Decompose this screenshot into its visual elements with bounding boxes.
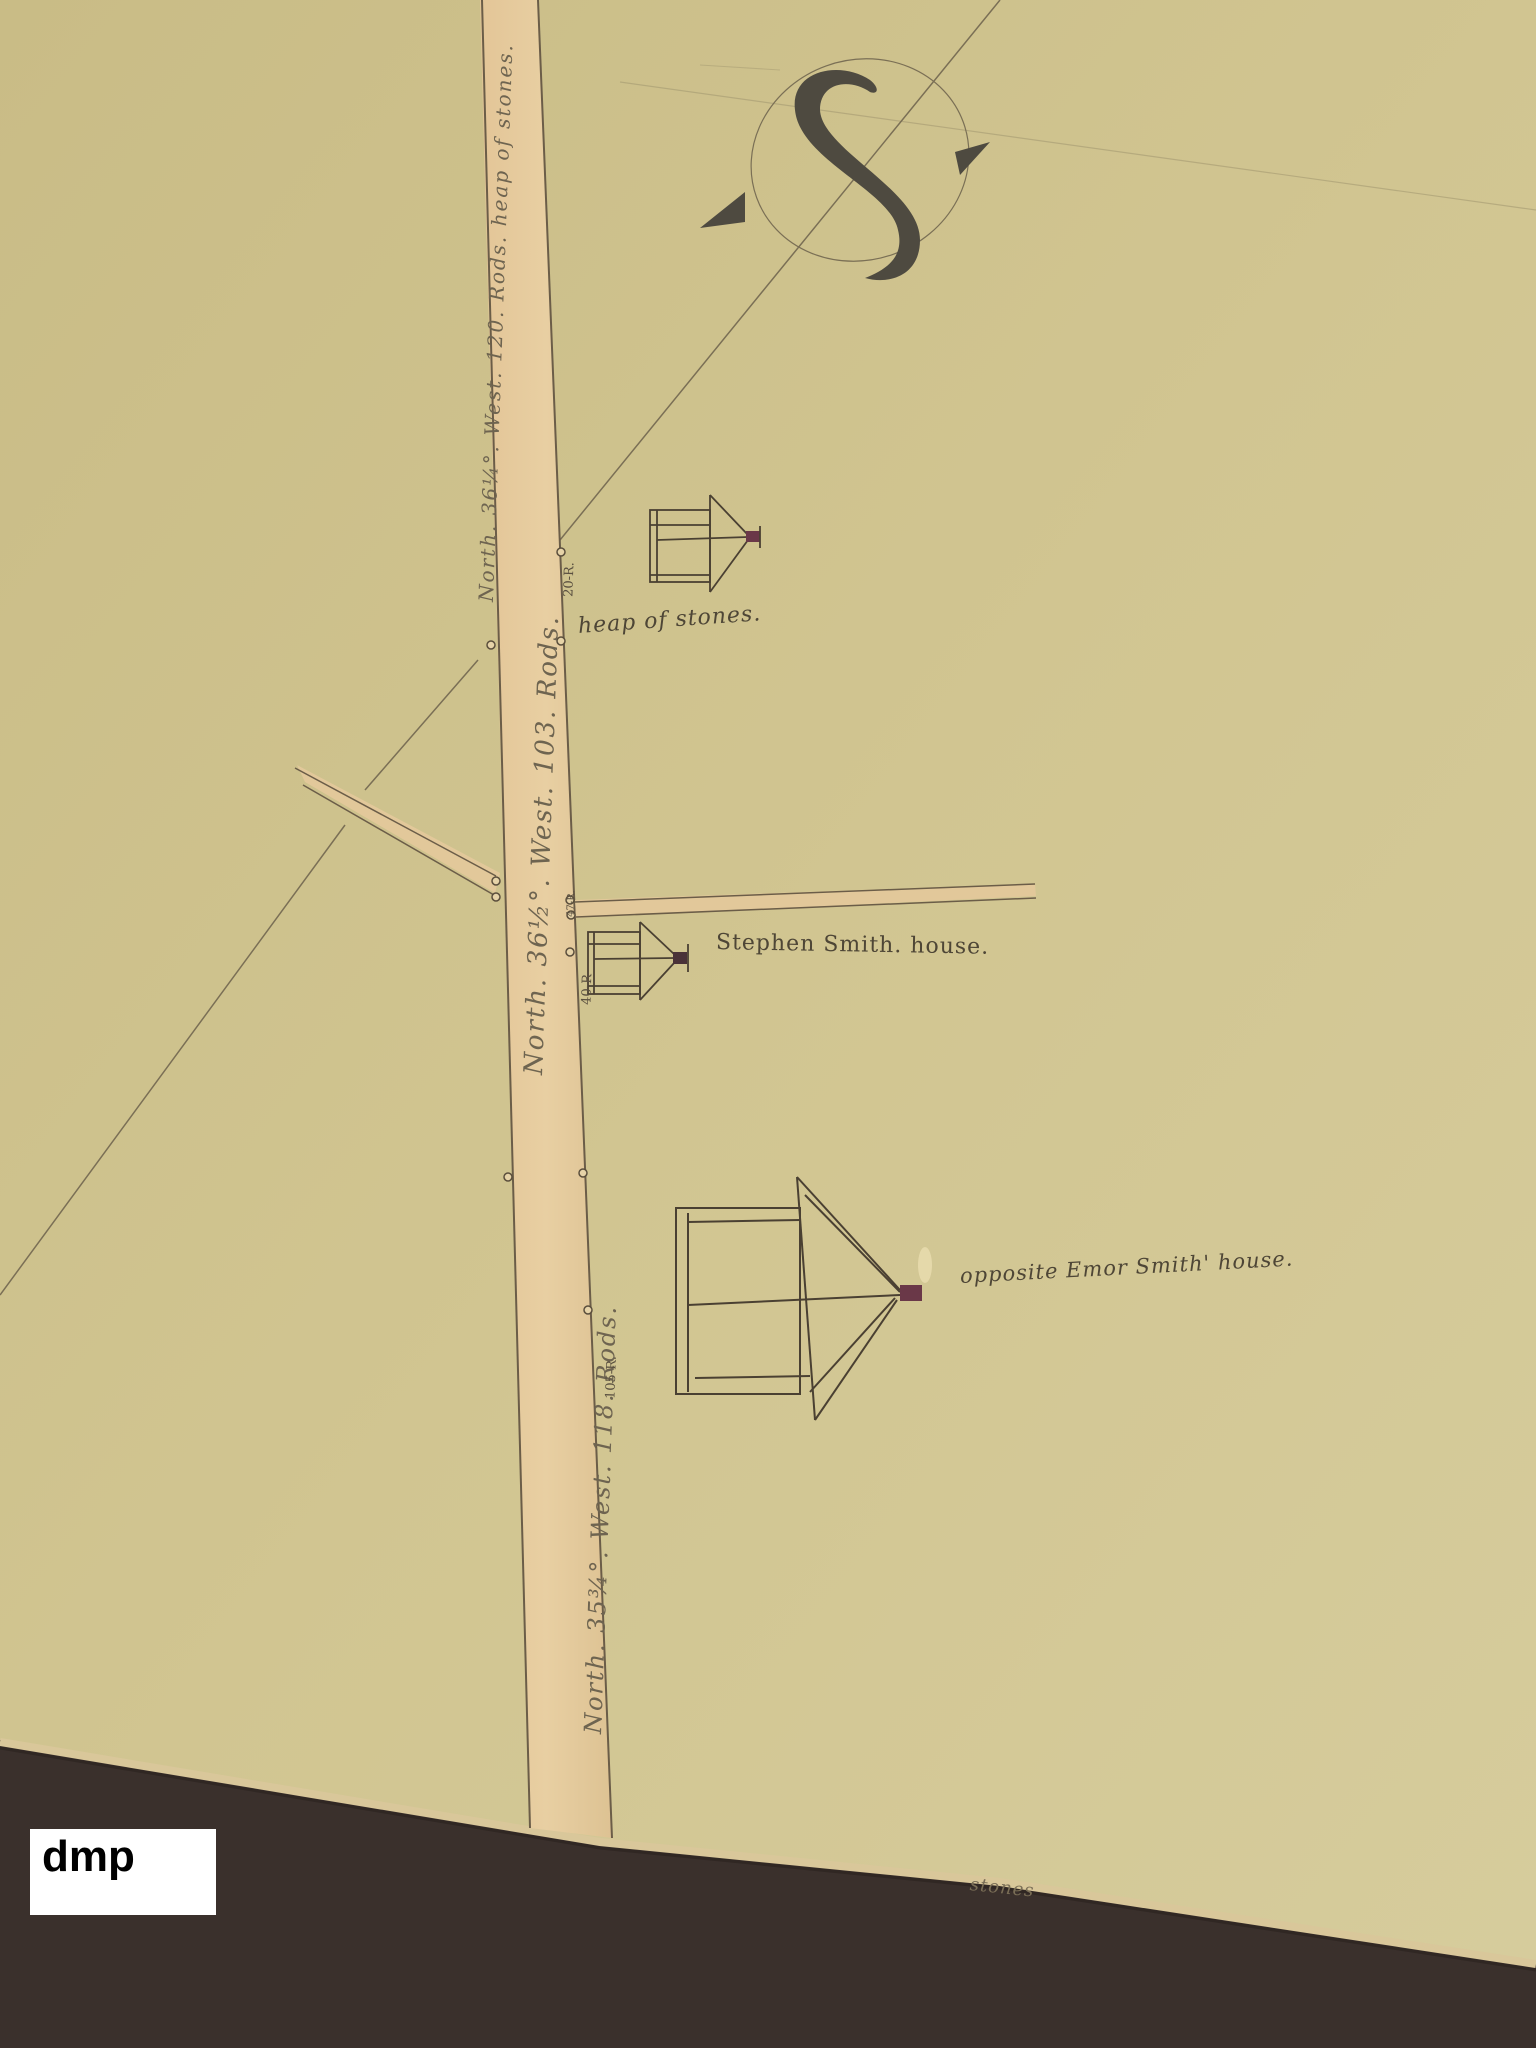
annotation-stephen-smith-house: Stephen Smith. house.	[716, 930, 990, 960]
chain-mark-47r: 47-R.	[565, 890, 577, 917]
chain-mark-40r: 40-R	[579, 974, 595, 1005]
watermark-label: dmp	[30, 1829, 216, 1915]
map-drawing	[0, 0, 1536, 2048]
chain-mark-20r: 20-R.	[561, 562, 577, 597]
chain-mark-105r: 105-R.	[603, 1356, 619, 1400]
map-sheet: North. 36¼°. West. 120. Rods. heap of st…	[0, 0, 1536, 2048]
